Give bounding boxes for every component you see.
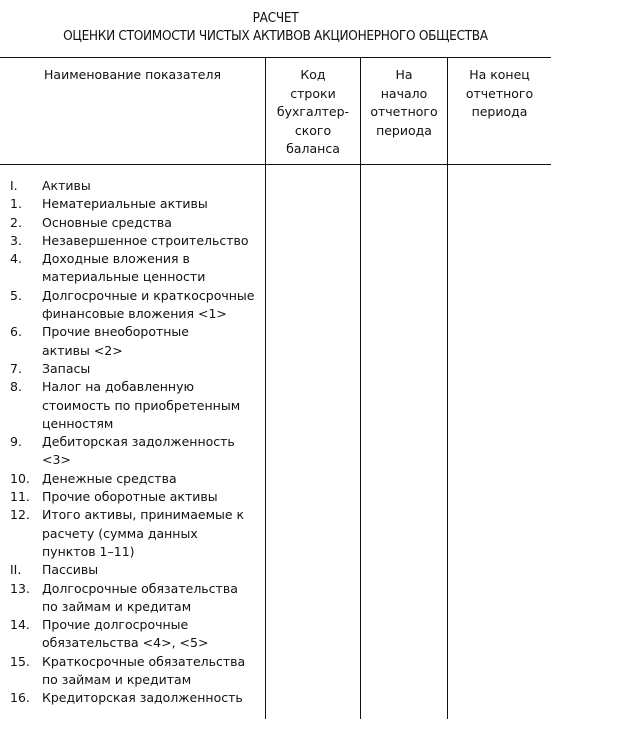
row-label-line: стоимость по приобретенным [42, 397, 262, 415]
table-row: 14.Прочие долгосрочныеобязательства <4>,… [0, 616, 262, 653]
row-label-line: Активы [42, 177, 262, 195]
table-row: 16.Кредиторская задолженность [0, 689, 262, 707]
header-period-end: На конецотчетногопериода [448, 66, 551, 122]
row-number: 16. [0, 689, 42, 707]
row-label-line: по займам и кредитам [42, 671, 262, 689]
row-label: Дебиторская задолженность <3> [42, 433, 262, 470]
row-label-line: Основные средства [42, 214, 262, 232]
row-label: Прочие внеоборотныеактивы <2> [42, 323, 262, 360]
row-number: II. [0, 561, 42, 579]
row-label: Долгосрочные обязательствапо займам и кр… [42, 580, 262, 617]
row-number: 15. [0, 653, 42, 690]
table-row: 1.Нематериальные активы [0, 195, 262, 213]
row-number: 4. [0, 250, 42, 287]
row-label-line: Прочие долгосрочные [42, 616, 262, 634]
row-label: Прочие долгосрочныеобязательства <4>, <5… [42, 616, 262, 653]
row-label-line: Налог на добавленную [42, 378, 262, 396]
header-text: бухгалтер- [266, 103, 360, 122]
row-label-line: Долгосрочные и краткосрочные [42, 287, 262, 305]
table-row: 9.Дебиторская задолженность <3> [0, 433, 262, 470]
row-number: 2. [0, 214, 42, 232]
row-label-line: финансовые вложения <1> [42, 305, 262, 323]
table-row: 4.Доходные вложения вматериальные ценнос… [0, 250, 262, 287]
row-label-line: Незавершенное строительство [42, 232, 262, 250]
header-text: На [361, 66, 447, 85]
header-text: периода [448, 103, 551, 122]
header-text: Наименование показателя [0, 66, 265, 85]
row-label: Прочие оборотные активы [42, 488, 262, 506]
row-label-line: Доходные вложения в [42, 250, 262, 268]
header-text: периода [361, 122, 447, 141]
row-label-line: ценностям [42, 415, 262, 433]
table-body: I.Активы1.Нематериальные активы2.Основны… [0, 177, 262, 708]
document-subtitle: ОЦЕНКИ СТОИМОСТИ ЧИСТЫХ АКТИВОВ АКЦИОНЕР… [0, 28, 551, 45]
row-number: 8. [0, 378, 42, 433]
table-row: 15.Краткосрочные обязательствапо займам … [0, 653, 262, 690]
table-row: 13.Долгосрочные обязательствапо займам и… [0, 580, 262, 617]
row-number: 11. [0, 488, 42, 506]
header-text: отчетного [448, 85, 551, 104]
table-row: 5.Долгосрочные и краткосрочныефинансовые… [0, 287, 262, 324]
row-number: 12. [0, 506, 42, 561]
row-number: 14. [0, 616, 42, 653]
row-label-line: расчету (сумма данных [42, 525, 262, 543]
row-label: Пассивы [42, 561, 262, 579]
row-label-line: Пассивы [42, 561, 262, 579]
row-label-line: Прочие оборотные активы [42, 488, 262, 506]
row-label-line: Кредиторская задолженность [42, 689, 262, 707]
row-number: 6. [0, 323, 42, 360]
row-label-line: Нематериальные активы [42, 195, 262, 213]
column-divider [447, 57, 448, 719]
row-label-line: Долгосрочные обязательства [42, 580, 262, 598]
row-label: Незавершенное строительство [42, 232, 262, 250]
row-label-line: по займам и кредитам [42, 598, 262, 616]
row-label: Активы [42, 177, 262, 195]
row-label: Запасы [42, 360, 262, 378]
table-row: 11.Прочие оборотные активы [0, 488, 262, 506]
row-number: 3. [0, 232, 42, 250]
row-label-line: активы <2> [42, 342, 262, 360]
table-row: 3.Незавершенное строительство [0, 232, 262, 250]
row-label: Денежные средства [42, 470, 262, 488]
row-number: 10. [0, 470, 42, 488]
row-label-line: Запасы [42, 360, 262, 378]
header-text: отчетного [361, 103, 447, 122]
row-label-line: Итого активы, принимаемые к [42, 506, 262, 524]
table-row: II.Пассивы [0, 561, 262, 579]
table-row: 6.Прочие внеоборотныеактивы <2> [0, 323, 262, 360]
row-number: I. [0, 177, 42, 195]
row-label: Основные средства [42, 214, 262, 232]
row-label: Кредиторская задолженность [42, 689, 262, 707]
header-text: На конец [448, 66, 551, 85]
table-row: 2.Основные средства [0, 214, 262, 232]
row-label: Доходные вложения вматериальные ценности [42, 250, 262, 287]
header-period-start: Наначалоотчетногопериода [361, 66, 447, 140]
header-text: баланса [266, 140, 360, 159]
table-header-border [0, 164, 551, 165]
header-text: ского [266, 122, 360, 141]
row-label-line: пунктов 1–11) [42, 543, 262, 561]
row-label: Налог на добавленнуюстоимость по приобре… [42, 378, 262, 433]
row-number: 13. [0, 580, 42, 617]
column-divider [360, 57, 361, 719]
table-row: 8.Налог на добавленнуюстоимость по приоб… [0, 378, 262, 433]
document-title: РАСЧЕТ [0, 10, 551, 27]
table-row: I.Активы [0, 177, 262, 195]
table-row: 7.Запасы [0, 360, 262, 378]
row-number: 7. [0, 360, 42, 378]
header-text: строки [266, 85, 360, 104]
table-row: 12.Итого активы, принимаемые красчету (с… [0, 506, 262, 561]
header-line-code: Кодстрокибухгалтер-скогобаланса [266, 66, 360, 159]
row-number: 1. [0, 195, 42, 213]
row-label-line: Дебиторская задолженность <3> [42, 433, 262, 470]
row-label-line: Прочие внеоборотные [42, 323, 262, 341]
header-text: начало [361, 85, 447, 104]
row-number: 5. [0, 287, 42, 324]
table-top-border [0, 57, 551, 58]
row-label: Долгосрочные и краткосрочныефинансовые в… [42, 287, 262, 324]
table-row: 10.Денежные средства [0, 470, 262, 488]
header-indicator-name: Наименование показателя [0, 66, 265, 85]
row-label: Краткосрочные обязательствапо займам и к… [42, 653, 262, 690]
row-label-line: Краткосрочные обязательства [42, 653, 262, 671]
header-text: Код [266, 66, 360, 85]
row-label-line: материальные ценности [42, 268, 262, 286]
row-label: Нематериальные активы [42, 195, 262, 213]
row-label-line: Денежные средства [42, 470, 262, 488]
row-label: Итого активы, принимаемые красчету (сумм… [42, 506, 262, 561]
row-label-line: обязательства <4>, <5> [42, 634, 262, 652]
row-number: 9. [0, 433, 42, 470]
